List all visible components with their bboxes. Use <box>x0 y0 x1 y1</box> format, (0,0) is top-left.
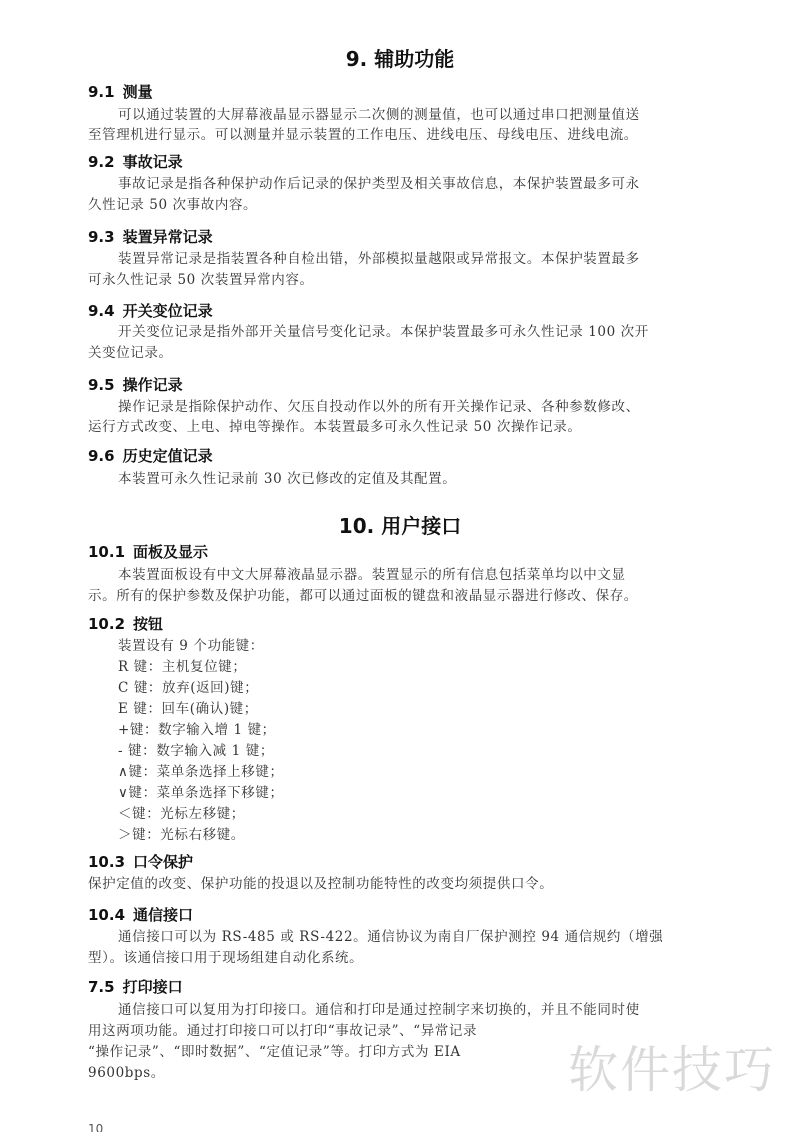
section-title: 操作记录 <box>123 376 183 394</box>
section-number: 9.3 <box>88 228 115 246</box>
section-title: 按钮 <box>133 615 163 633</box>
paragraph-line: 操作记录是指除保护动作、欠压自投动作以外的所有开关操作记录、各种参数修改、 <box>118 397 640 417</box>
watermark-text: 软件技巧 <box>568 1040 776 1100</box>
paragraph-line: 运行方式改变、上电、掉电等操作。本装置最多可永久性记录 50 次操作记录。 <box>88 417 581 437</box>
section-heading-9-2: 9.2事故记录 <box>88 152 183 172</box>
section-number: 10.1 <box>88 543 125 561</box>
section-heading-10-3: 10.3口令保护 <box>88 852 193 872</box>
document-page: 9. 辅助功能 9.1测量 可以通过装置的大屏幕液晶显示器显示二次侧的测量值，也… <box>0 0 800 1132</box>
key-list-intro: 装置设有 9 个功能键： <box>118 636 264 656</box>
section-title: 通信接口 <box>133 906 193 924</box>
paragraph-line: 可以通过装置的大屏幕液晶显示器显示二次侧的测量值，也可以通过串口把测量值送 <box>118 105 640 125</box>
paragraph-line: 9600bps。 <box>88 1063 165 1083</box>
section-heading-10-4: 10.4通信接口 <box>88 905 193 925</box>
key-item-c: C 键：放弃(返回)键； <box>118 678 258 698</box>
section-number: 7.5 <box>88 978 115 996</box>
section-number: 10.2 <box>88 615 125 633</box>
section-number: 9.1 <box>88 83 115 101</box>
paragraph-line: 通信接口可以为 RS-485 或 RS-422。通信协议为南自厂保护测控 94 … <box>118 927 663 947</box>
section-heading-10-2: 10.2按钮 <box>88 614 163 634</box>
section-number: 9.5 <box>88 376 115 394</box>
key-item-minus: - 键：数字输入减 1 键； <box>118 741 274 761</box>
chapter-title-9: 9. 辅助功能 <box>0 47 800 71</box>
paragraph-line: 关变位记录。 <box>88 343 173 363</box>
section-heading-9-1: 9.1测量 <box>88 82 153 102</box>
key-item-left: ＜键：光标左移键； <box>118 804 245 824</box>
section-heading-9-6: 9.6历史定值记录 <box>88 446 213 466</box>
section-number: 9.6 <box>88 447 115 465</box>
section-heading-10-1: 10.1面板及显示 <box>88 542 208 562</box>
paragraph-line: 保护定值的改变、保护功能的投退以及控制功能特性的改变均须提供口令。 <box>88 874 553 894</box>
page-number: 10 <box>88 1122 103 1132</box>
section-heading-9-3: 9.3装置异常记录 <box>88 227 213 247</box>
section-title: 打印接口 <box>123 978 183 996</box>
paragraph-line: 示。所有的保护参数及保护功能，都可以通过面板的键盘和液晶显示器进行修改、保存。 <box>88 586 638 606</box>
paragraph-line: 事故记录是指各种保护动作后记录的保护类型及相关事故信息，本保护装置最多可永 <box>118 174 640 194</box>
section-title: 开关变位记录 <box>123 302 213 320</box>
section-title: 装置异常记录 <box>123 228 213 246</box>
section-title: 测量 <box>123 83 153 101</box>
section-heading-7-5: 7.5打印接口 <box>88 977 183 997</box>
section-title: 面板及显示 <box>133 543 208 561</box>
paragraph-line: 通信接口可以复用为打印接口。通信和打印是通过控制字来切换的，并且不能同时使 <box>118 1000 640 1020</box>
key-item-down: ∨键：菜单条选择下移键； <box>118 783 284 803</box>
paragraph-line: 开关变位记录是指外部开关量信号变化记录。本保护装置最多可永久性记录 100 次开 <box>118 322 649 342</box>
section-number: 9.4 <box>88 302 115 320</box>
paragraph-line: 装置异常记录是指装置各种自检出错，外部模拟量越限或异常报文。本保护装置最多 <box>118 249 640 269</box>
paragraph-line: 用这两项功能。通过打印接口可以打印“事故记录”、“异常记录 <box>88 1021 477 1041</box>
section-title: 事故记录 <box>123 153 183 171</box>
section-number: 10.4 <box>88 906 125 924</box>
key-item-plus: +键：数字输入增 1 键； <box>118 720 276 740</box>
section-number: 9.2 <box>88 153 115 171</box>
chapter-title-10: 10. 用户接口 <box>0 514 800 538</box>
paragraph-line: 可永久性记录 50 次装置异常内容。 <box>88 270 314 290</box>
paragraph-line: 本装置面板设有中文大屏幕液晶显示器。装置显示的所有信息包括菜单均以中文显 <box>118 565 626 585</box>
key-item-right: ＞键：光标右移键。 <box>118 825 245 845</box>
paragraph-line: 久性记录 50 次事故内容。 <box>88 195 257 215</box>
paragraph-line: 型）。该通信接口用于现场组建自动化系统。 <box>88 948 363 968</box>
paragraph-line: 本装置可永久性记录前 30 次已修改的定值及其配置。 <box>118 469 456 489</box>
key-item-up: ∧键：菜单条选择上移键； <box>118 762 284 782</box>
section-title: 口令保护 <box>133 853 193 871</box>
key-item-e: E 键：回车(确认)键； <box>118 699 258 719</box>
section-heading-9-4: 9.4开关变位记录 <box>88 301 213 321</box>
paragraph-line: “操作记录”、“即时数据”、“定值记录”等。打印方式为 EIA <box>88 1042 461 1062</box>
key-item-r: R 键：主机复位键； <box>118 657 246 677</box>
section-heading-9-5: 9.5操作记录 <box>88 375 183 395</box>
paragraph-line: 至管理机进行显示。可以测量并显示装置的工作电压、进线电压、母线电压、进线电流。 <box>88 125 638 145</box>
section-title: 历史定值记录 <box>123 447 213 465</box>
section-number: 10.3 <box>88 853 125 871</box>
